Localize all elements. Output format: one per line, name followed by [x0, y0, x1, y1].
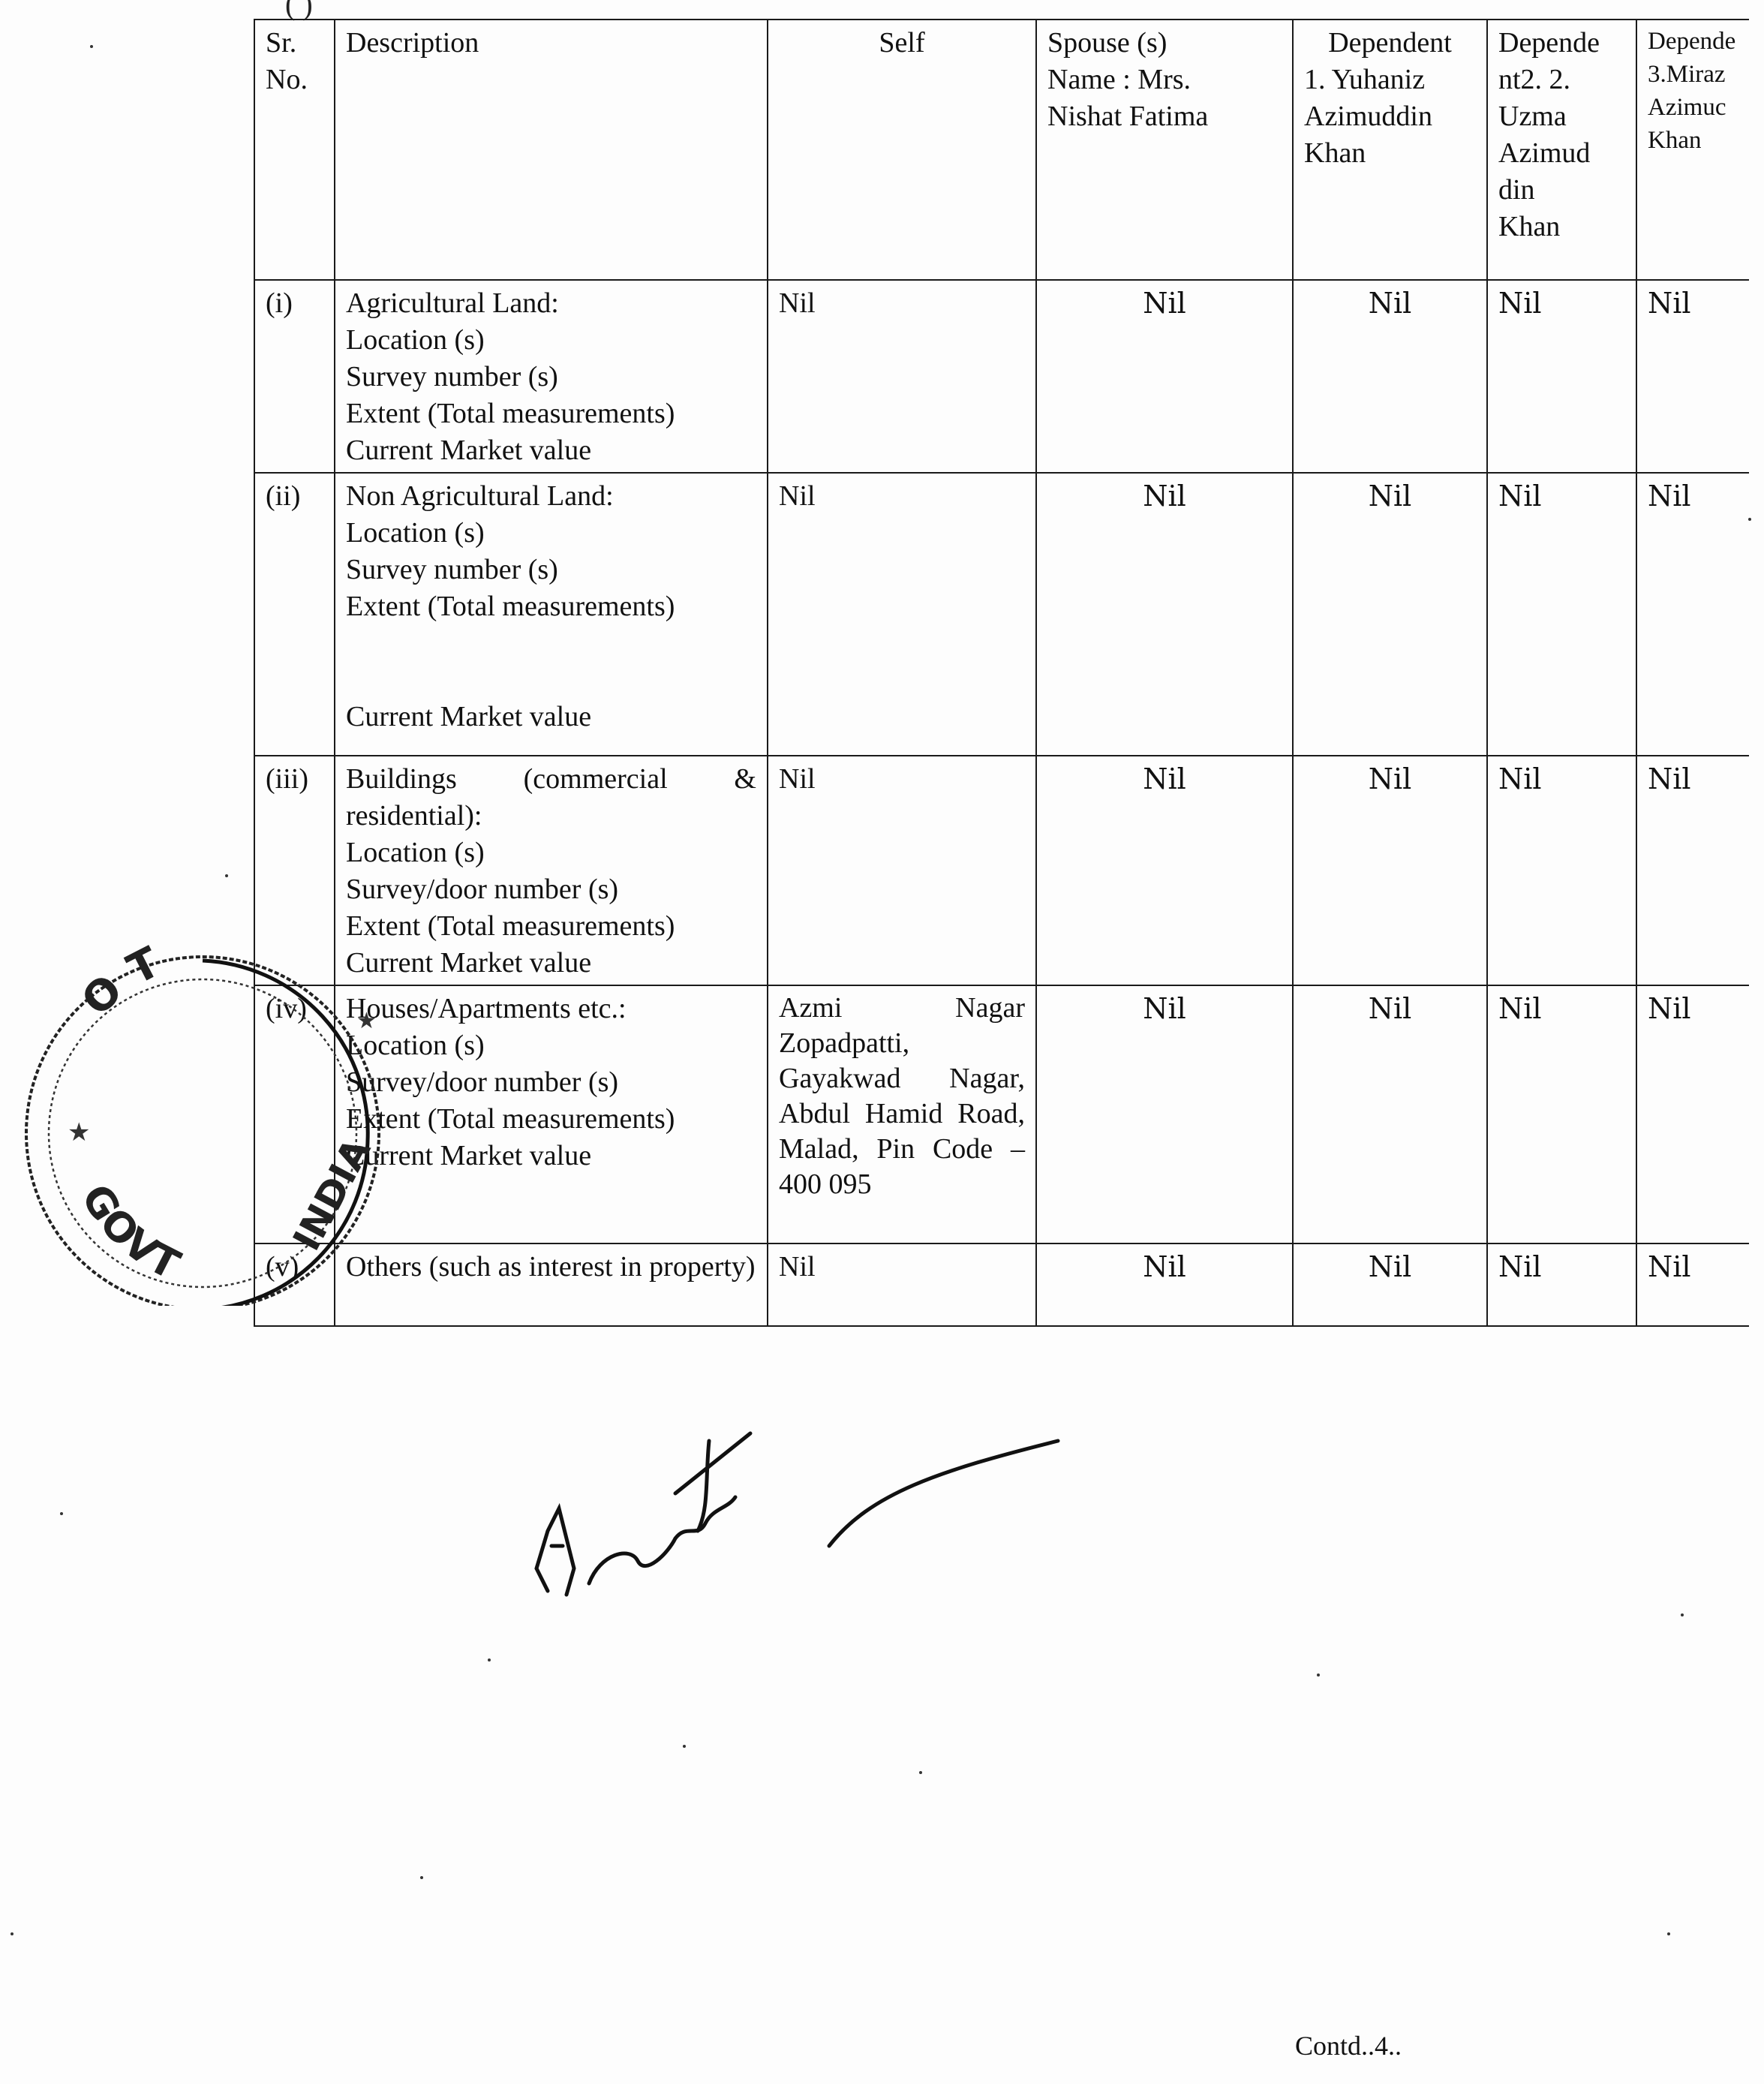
header-spouse: Spouse (s) Name : Mrs. Nishat Fatima [1036, 20, 1293, 280]
scan-speck [1748, 518, 1751, 521]
spouse-cell: Nil [1036, 280, 1293, 473]
header-dependent-3: Depende 3.Miraz Azimuc Khan [1636, 20, 1764, 280]
self-cell: Nil [768, 280, 1036, 473]
dependent1-cell: Nil [1293, 1243, 1487, 1326]
dependent3-cell: Nil [1636, 1243, 1764, 1326]
header-description: Description [335, 20, 768, 280]
immovable-assets-table: Sr. No. Description Self Spouse (s) Name… [254, 19, 1764, 1327]
spouse-cell: Nil [1036, 1243, 1293, 1326]
spouse-cell: Nil [1036, 473, 1293, 756]
scan-speck [90, 45, 93, 48]
description-cell: Others (such as interest in property) [335, 1243, 768, 1326]
header-row: Sr. No. Description Self Spouse (s) Name… [254, 20, 1764, 280]
dependent2-cell: Nil [1487, 1243, 1636, 1326]
scan-speck [683, 1745, 686, 1748]
header-dependent-2: Depende nt2. 2. Uzma Azimud din Khan [1487, 20, 1636, 280]
header-sr-no: Sr. No. [254, 20, 335, 280]
dependent3-cell: Nil [1636, 756, 1764, 985]
sr-cell: (iv) [254, 985, 335, 1243]
sr-cell: (iii) [254, 756, 335, 985]
self-cell: Nil [768, 1243, 1036, 1326]
description-cell: Non Agricultural Land: Location (s) Surv… [335, 473, 768, 756]
dependent2-cell: Nil [1487, 473, 1636, 756]
scan-speck [420, 1876, 423, 1879]
description-cell: Buildings (commercial & residential): Lo… [335, 756, 768, 985]
dependent1-cell: Nil [1293, 756, 1487, 985]
dependent2-cell: Nil [1487, 756, 1636, 985]
scan-speck [225, 874, 228, 877]
scan-speck [919, 1771, 922, 1774]
svg-text:★: ★ [68, 1119, 90, 1147]
self-cell: Nil [768, 756, 1036, 985]
scan-speck [488, 1658, 491, 1661]
dependent3-cell: Nil [1636, 280, 1764, 473]
continuation-note: Contd..4.. [1295, 2030, 1402, 2061]
sr-cell: (v) [254, 1243, 335, 1326]
dependent3-cell: Nil [1636, 473, 1764, 756]
self-cell: Nil [768, 473, 1036, 756]
header-self: Self [768, 20, 1036, 280]
scanned-page: ( ) Sr. No. Description Self Spouse (s) … [0, 0, 1764, 2084]
table-row: (ii) Non Agricultural Land: Location (s)… [254, 473, 1764, 756]
dependent1-cell: Nil [1293, 473, 1487, 756]
dependent3-cell: Nil [1636, 985, 1764, 1243]
dependent1-cell: Nil [1293, 280, 1487, 473]
scan-speck [11, 1932, 14, 1935]
header-dependent-1: Dependent 1. Yuhaniz Azimuddin Khan [1293, 20, 1487, 280]
table-row: (i) Agricultural Land: Location (s) Surv… [254, 280, 1764, 473]
svg-text:GOVT: GOVT [72, 1176, 188, 1289]
sr-cell: (ii) [254, 473, 335, 756]
page-edge [1749, 0, 1764, 2084]
svg-text:O T: O T [73, 938, 168, 1025]
table-row: (iii) Buildings (commercial & residentia… [254, 756, 1764, 985]
spouse-cell: Nil [1036, 756, 1293, 985]
dependent2-cell: Nil [1487, 280, 1636, 473]
signature-icon [518, 1426, 1073, 1606]
scan-speck [1317, 1674, 1320, 1677]
scan-speck [1681, 1613, 1684, 1616]
sr-cell: (i) [254, 280, 335, 473]
dependent2-cell: Nil [1487, 985, 1636, 1243]
description-cell: Agricultural Land: Location (s) Survey n… [335, 280, 768, 473]
spouse-cell: Nil [1036, 985, 1293, 1243]
scan-speck [1667, 1932, 1670, 1935]
self-address-cell: Azmi Nagar Zopadpatti, Gayakwad Nagar, A… [768, 985, 1036, 1243]
description-cell: Houses/Apartments etc.: Location (s) Sur… [335, 985, 768, 1243]
table-row: (iv) Houses/Apartments etc.: Location (s… [254, 985, 1764, 1243]
dependent1-cell: Nil [1293, 985, 1487, 1243]
table-row: (v) Others (such as interest in property… [254, 1243, 1764, 1326]
scan-speck [60, 1512, 63, 1515]
